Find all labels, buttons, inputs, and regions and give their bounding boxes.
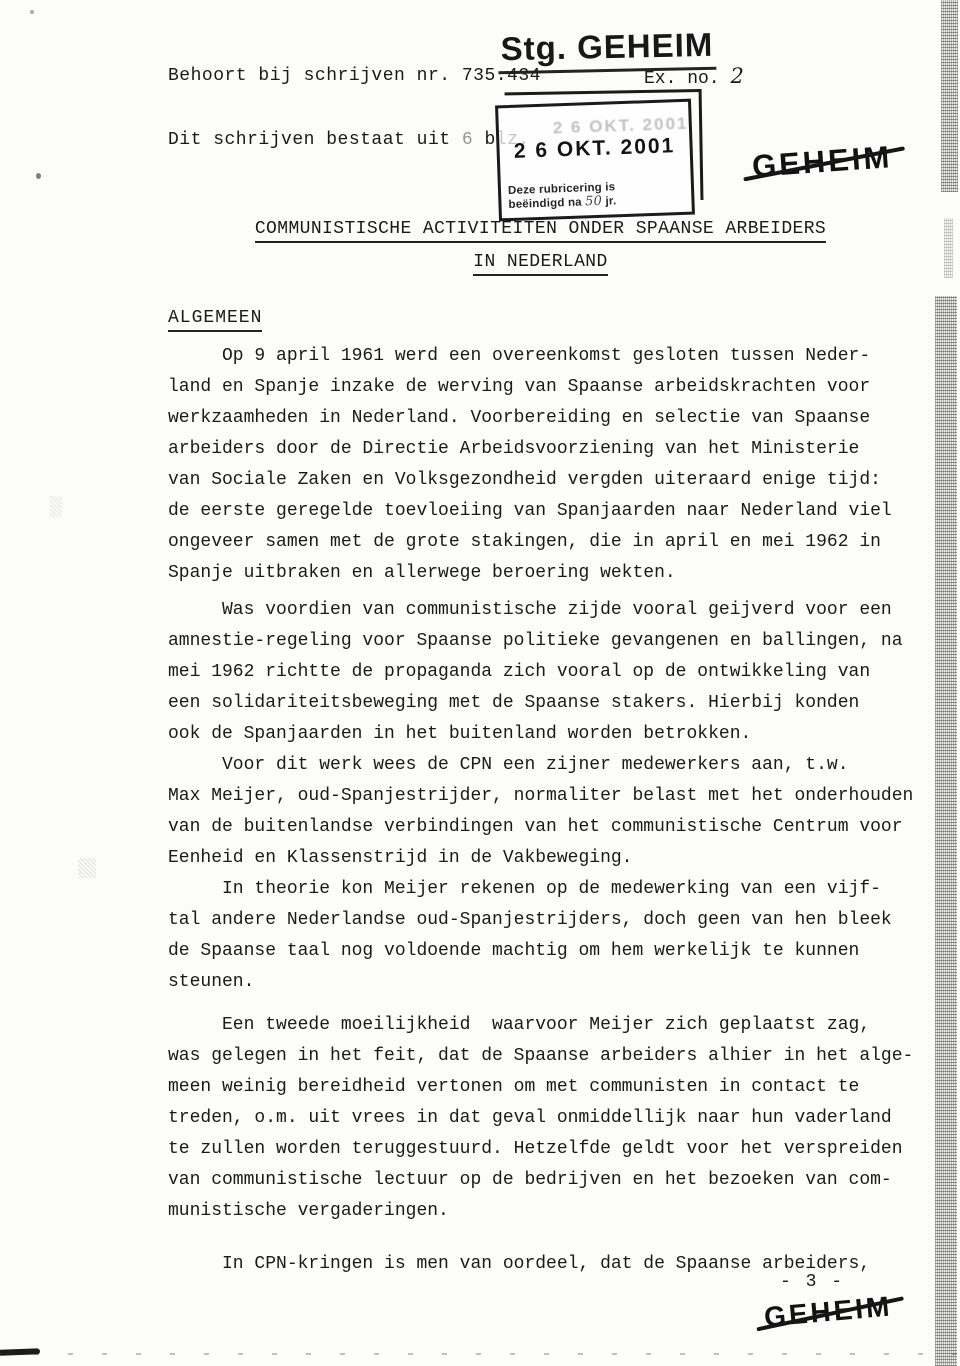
reference-number-line: Behoort bij schrijven nr. 735.434 — [168, 66, 541, 86]
exemplar-number-line: Ex. no. 2 — [644, 64, 744, 89]
stamp-note-line2-prefix: beëindigd na — [508, 196, 585, 211]
scan-bottom-dashes — [0, 1353, 960, 1355]
page-number: - 3 - — [780, 1272, 844, 1292]
stamp-note-duration: 50 — [585, 194, 602, 210]
geheim-stamp-struck-top: GEHEIM — [751, 139, 893, 185]
stamp-note-line2: beëindigd na 50 jr. — [508, 194, 616, 212]
scan-edge-band-top — [941, 0, 958, 192]
scan-speck — [30, 10, 34, 14]
exemplar-number: 2 — [730, 64, 743, 88]
scan-smudge — [50, 496, 62, 518]
document-title-line1: COMMUNISTISCHE ACTIVITEITEN ONDER SPAANS… — [255, 219, 826, 243]
stamp-note-line2-suffix: jr. — [602, 195, 617, 207]
stamp-note: Deze rubricering is beëindigd na 50 jr. — [508, 181, 617, 212]
body-paragraph: Voor dit werk wees de CPN een zijner med… — [168, 750, 948, 874]
declassification-stamp: 2 6 OKT. 2001 2 6 OKT. 2001 Deze rubrice… — [495, 99, 695, 222]
section-heading-algemeen: ALGEMEEN — [168, 308, 262, 332]
body-paragraph: Een tweede moeilijkheid waarvoor Meijer … — [168, 1010, 948, 1227]
body-paragraph: Op 9 april 1961 werd een overeenkomst ge… — [168, 341, 948, 589]
scanned-document-page: Stg. GEHEIM Behoort bij schrijven nr. 73… — [0, 0, 960, 1366]
page-count-prefix: Dit schrijven bestaat uit — [168, 130, 462, 150]
geheim-stamp-struck-bottom: GEHEIM — [763, 1290, 894, 1333]
document-title: COMMUNISTISCHE ACTIVITEITEN ONDER SPAANS… — [168, 219, 913, 276]
scan-edge-band-mid — [944, 218, 953, 278]
stamp-date: 2 6 OKT. 2001 — [499, 134, 690, 165]
exemplar-label: Ex. no. — [644, 69, 720, 89]
page-count-value: 6 — [462, 130, 473, 150]
document-title-line2: IN NEDERLAND — [473, 252, 607, 276]
document-body: Op 9 april 1961 werd een overeenkomst ge… — [168, 341, 948, 1280]
body-paragraph: In theorie kon Meijer rekenen op de mede… — [168, 874, 948, 998]
page-count-line: Dit schrijven bestaat uit 6 blz. — [168, 130, 530, 150]
scan-speck — [36, 173, 41, 179]
body-paragraph: Was voordien van communistische zijde vo… — [168, 595, 948, 750]
section-heading-text: ALGEMEEN — [168, 308, 262, 332]
scan-smudge — [78, 858, 96, 878]
